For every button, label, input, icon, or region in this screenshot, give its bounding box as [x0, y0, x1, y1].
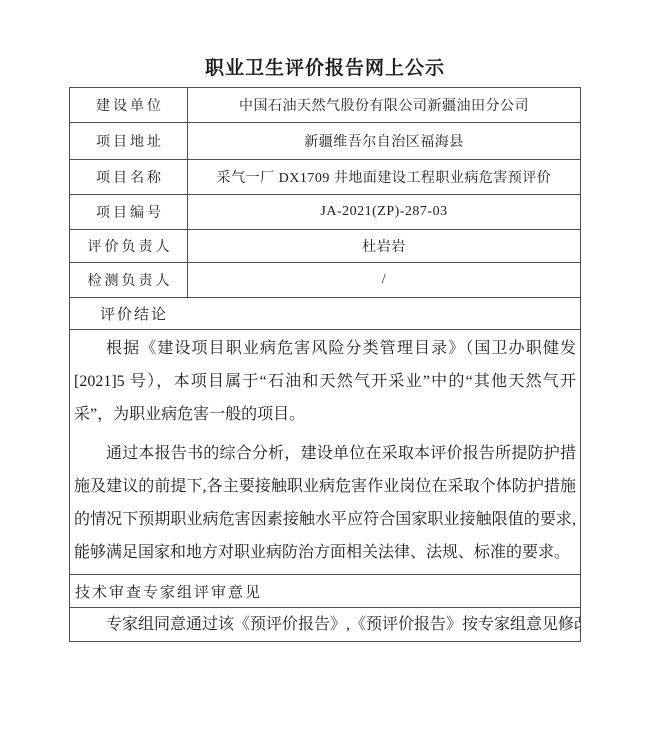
page-title: 职业卫生评价报告网上公示: [0, 57, 650, 81]
review-content-cell: 专家组同意通过该《预评价报告》,《预评价报告》按专家组意见修改。: [70, 608, 580, 641]
info-row-project-name: 项目名称 采气一厂 DX1709 井地面建设工程职业病危害预评价: [70, 160, 580, 195]
row-value: 中国石油天然气股份有限公司新疆油田分公司: [188, 88, 580, 122]
review-header-label: 技术审查专家组评审意见: [70, 581, 580, 602]
row-value: 采气一厂 DX1709 井地面建设工程职业病危害预评价: [188, 160, 580, 194]
info-row-evaluation-leader: 评价负责人 杜岩岩: [70, 230, 580, 263]
row-label: 评价负责人: [70, 230, 188, 262]
info-row-project-address: 项目地址 新疆维吾尔自治区福海县: [70, 123, 580, 160]
info-row-construction-unit: 建设单位 中国石油天然气股份有限公司新疆油田分公司: [70, 88, 580, 123]
row-value: 杜岩岩: [188, 230, 580, 262]
info-row-project-number: 项目编号 JA-2021(ZP)-287-03: [70, 195, 580, 230]
row-label: 项目地址: [70, 123, 188, 159]
row-value: /: [188, 263, 580, 297]
conclusion-paragraph-1: 根据《建设项目职业病危害风险分类管理目录》（国卫办职健发[2021]5 号），本…: [74, 332, 576, 431]
conclusion-header-label: 评价结论: [70, 303, 580, 324]
conclusion-body-cell: 根据《建设项目职业病危害风险分类管理目录》（国卫办职健发[2021]5 号），本…: [70, 330, 580, 574]
row-value: JA-2021(ZP)-287-03: [188, 195, 580, 229]
document-page: 职业卫生评价报告网上公示 建设单位 中国石油天然气股份有限公司新疆油田分公司 项…: [0, 0, 650, 642]
row-label: 检测负责人: [70, 263, 188, 297]
row-label: 建设单位: [70, 88, 188, 122]
review-content-row: 专家组同意通过该《预评价报告》,《预评价报告》按专家组意见修改。: [70, 608, 580, 641]
conclusion-header-row: 评价结论: [70, 298, 580, 330]
row-label: 项目编号: [70, 195, 188, 229]
info-row-detection-leader: 检测负责人 /: [70, 263, 580, 298]
row-value: 新疆维吾尔自治区福海县: [188, 123, 580, 159]
notice-table: 建设单位 中国石油天然气股份有限公司新疆油田分公司 项目地址 新疆维吾尔自治区福…: [69, 87, 581, 642]
conclusion-paragraph-2: 通过本报告书的综合分析，建设单位在采取本评价报告所提防护措施及建议的前提下,各主…: [74, 437, 576, 569]
review-content-text: 专家组同意通过该《预评价报告》,《预评价报告》按专家组意见修改。: [74, 609, 580, 640]
conclusion-body-row: 根据《建设项目职业病危害风险分类管理目录》（国卫办职健发[2021]5 号），本…: [70, 330, 580, 575]
review-header-row: 技术审查专家组评审意见: [70, 575, 580, 608]
row-label: 项目名称: [70, 160, 188, 194]
